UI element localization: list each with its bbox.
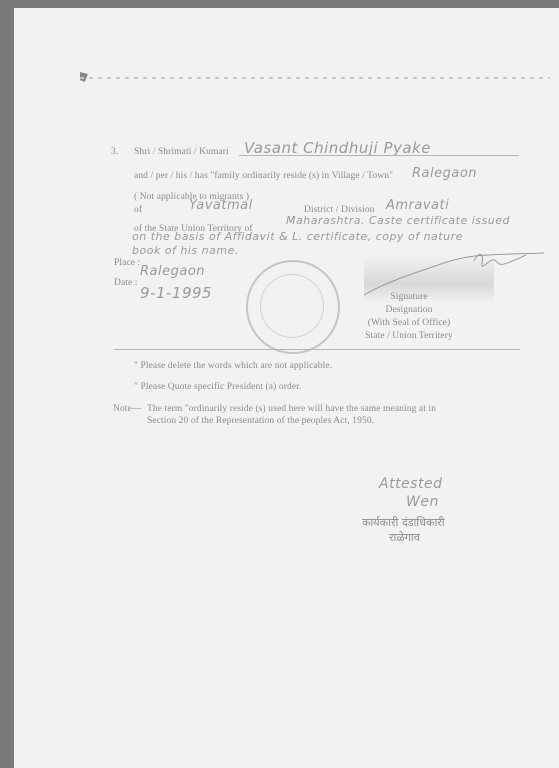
office-title: कार्यकारी दंडाधिकारी [362,515,445,530]
initials-handwritten: Wen [406,494,439,510]
note-line-2: Section 20 of the Representation of the … [147,416,374,426]
office-place: राळेगाव [389,530,420,545]
office-seal [246,260,340,354]
state-handwritten: Maharashtra. Caste certificate issued [286,214,510,227]
place-label: Place : [114,258,140,268]
residence-label: and / per / his / has "family ordinarily… [134,171,393,181]
date-label: Date : [114,278,138,288]
attested-handwritten: Attested [379,476,442,492]
document-page: 3. Shri / Shrimati / Kumari Vasant Chind… [14,8,559,768]
remark-line3-handwritten: book of his name. [132,244,239,257]
note-label: Note— [113,404,141,414]
footnote-1: " Please delete the words which are not … [134,361,332,371]
name-underline [239,155,519,156]
signature-label: Signature [344,292,474,302]
date-handwritten: 9-1-1995 [140,284,212,302]
village-handwritten: Ralegaon [412,166,477,181]
item-number: 3. [111,147,118,157]
taluka-handwritten: Yavatmal [189,198,253,213]
honorific-label: Shri / Shrimati / Kumari [134,147,229,157]
territory-label: State / Union Territery [344,331,474,341]
note-line-1: The term "ordinarily reside (s) used her… [147,404,436,414]
place-handwritten: Ralegaon [140,264,205,279]
remark-line2-handwritten: on the basis of Affidavit & L. certifica… [132,230,463,243]
of-label: of [134,205,142,215]
section-divider [114,349,520,350]
district-handwritten: Amravati [386,198,449,213]
designation-label: Designation [344,305,474,315]
seal-label: (With Seal of Office) [344,318,474,328]
footnote-2: " Please Quote specific President (a) or… [134,382,301,392]
top-perforation-line [80,77,550,79]
